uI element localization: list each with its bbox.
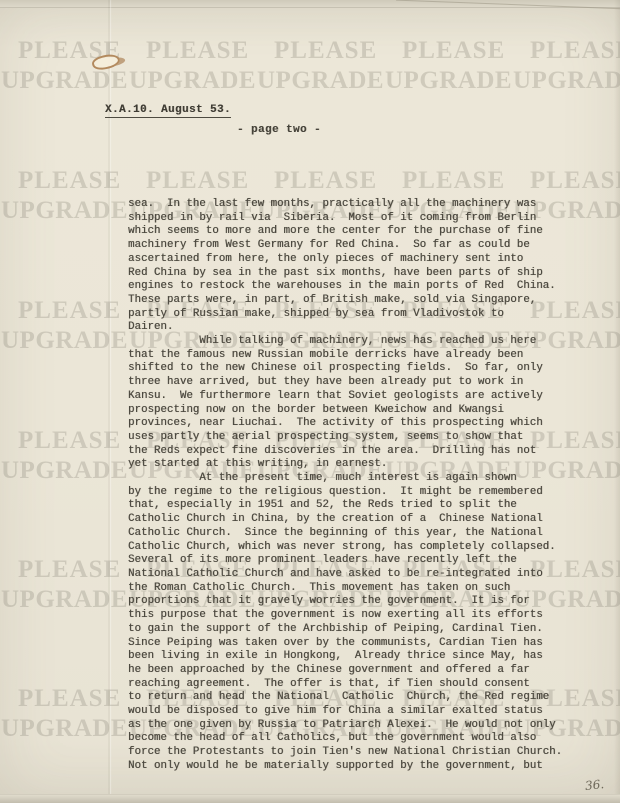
watermark-text: PLEASE	[18, 168, 121, 193]
watermark-text: PLEASE	[18, 298, 121, 323]
watermark-text: PLEASE	[146, 38, 249, 63]
watermark-text: PLEASE	[402, 168, 505, 193]
watermark-text: UPGRADE	[1, 68, 128, 93]
watermark-text: PLEASE	[530, 38, 620, 63]
watermark-text: PLEASE	[274, 168, 377, 193]
watermark-text: UPGRADE	[1, 587, 128, 612]
watermark-text: UPGRADE	[257, 68, 384, 93]
watermark-text: PLEASE	[18, 557, 121, 582]
scanned-document-page: PLEASEUPGRADEPLEASEUPGRADEPLEASEUPGRADEP…	[0, 0, 620, 803]
watermark-text: UPGRADE	[385, 68, 512, 93]
watermark-text: UPGRADE	[1, 328, 128, 353]
document-body-text: sea. In the last few months, practically…	[128, 198, 562, 774]
watermark-text: UPGRADE	[129, 68, 256, 93]
watermark-text: PLEASE	[18, 686, 121, 711]
document-header: X.A.10. August 53.	[105, 104, 231, 118]
watermark-text: PLEASE	[274, 38, 377, 63]
watermark-text: PLEASE	[402, 38, 505, 63]
watermark-text: PLEASE	[18, 428, 121, 453]
watermark-text: UPGRADE	[1, 198, 128, 223]
page-label: - page two -	[237, 124, 321, 136]
handwritten-page-number: 36.	[584, 777, 604, 793]
document-id: X.A.10. August 53.	[105, 104, 231, 118]
watermark-text: UPGRADE	[1, 458, 128, 483]
watermark-text: UPGRADE	[513, 68, 620, 93]
watermark-text: PLEASE	[530, 168, 620, 193]
watermark-text: UPGRADE	[1, 716, 128, 741]
watermark-text: PLEASE	[146, 168, 249, 193]
